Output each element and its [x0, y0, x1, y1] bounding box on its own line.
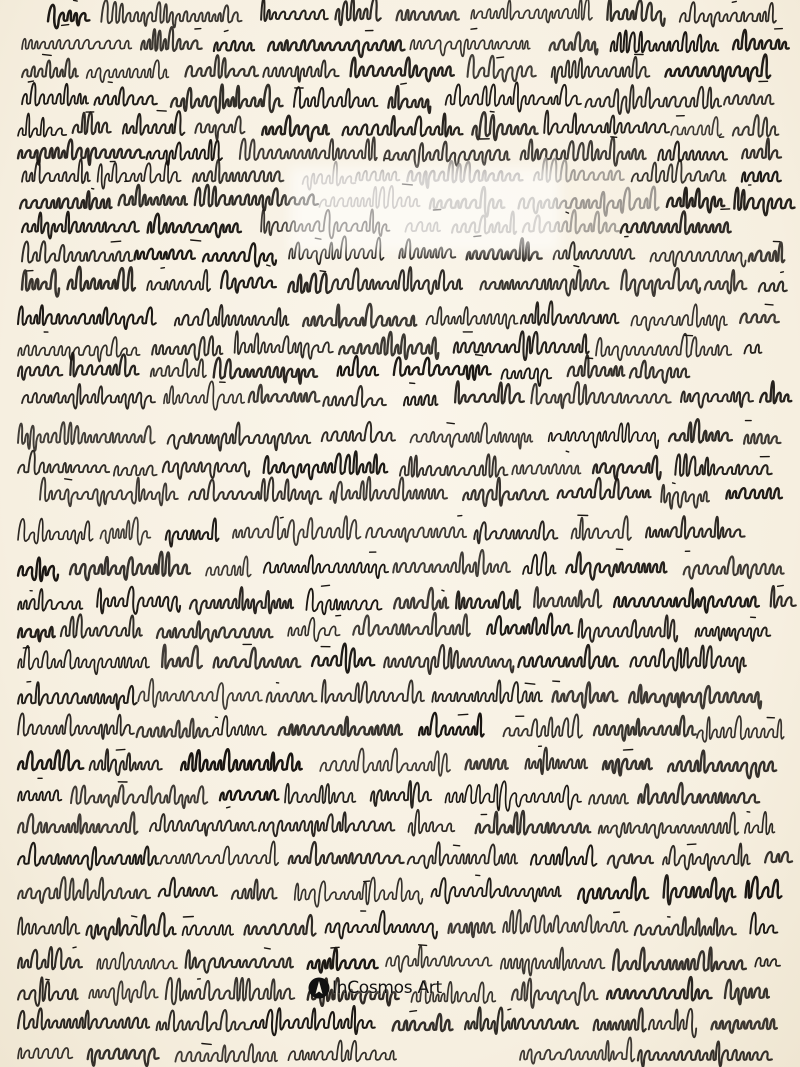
handwriting-line-label: illegible handwriting [0, 272, 800, 300]
handwriting-line-label: illegible handwriting [0, 618, 800, 646]
handwriting-line-label: illegible handwriting [0, 242, 800, 270]
handwriting-line-label: illegible handwriting [0, 359, 800, 387]
handwriting-line-label: illegible handwriting [0, 718, 800, 746]
handwriting-line-label: illegible handwriting [0, 846, 800, 874]
handwriting-line-label: illegible handwriting [0, 1012, 800, 1040]
handwriting-line-label: illegible handwriting [0, 520, 800, 548]
watermark-text: InCosmos Art [332, 978, 442, 998]
handwriting-line-label: illegible handwriting [0, 214, 800, 242]
handwriting-line-label: illegible handwriting [0, 648, 800, 676]
handwriting-line-label: illegible handwriting [0, 456, 800, 484]
handwriting-line-label: illegible handwriting [0, 88, 800, 116]
handwriting-line-label: illegible handwriting [0, 306, 800, 334]
handwriting-line-label: illegible handwriting [0, 116, 800, 144]
circle-logo-icon [308, 977, 330, 999]
handwriting-line-label: illegible handwriting [0, 590, 800, 618]
handwriting-line-label: illegible handwriting [0, 880, 800, 908]
handwriting-line-label: illegible handwriting [0, 424, 800, 452]
handwriting-line-label: illegible handwriting [0, 1042, 800, 1067]
handwriting-line-label: illegible handwriting [0, 60, 800, 88]
handwriting-line-label: illegible handwriting [0, 752, 800, 780]
handwriting-line-label: illegible handwriting [0, 784, 800, 812]
handwriting-line-label: illegible handwriting [0, 916, 800, 944]
handwriting-line-label: illegible handwriting [0, 32, 800, 60]
manuscript-page: illegible handwritingillegible handwriti… [0, 0, 800, 1067]
handwriting-line-label: illegible handwriting [0, 684, 800, 712]
handwriting-line-label: illegible handwriting [0, 189, 800, 217]
handwriting-line-label: illegible handwriting [0, 164, 800, 192]
watermark: InCosmos Art [308, 974, 442, 1002]
handwriting-line-label: illegible handwriting [0, 386, 800, 414]
handwriting-line-label: illegible handwriting [0, 556, 800, 584]
handwriting-line-label: illegible handwriting [0, 2, 800, 30]
handwriting-line-label: illegible handwriting [0, 482, 800, 510]
handwriting-line-label: illegible handwriting [0, 814, 800, 842]
